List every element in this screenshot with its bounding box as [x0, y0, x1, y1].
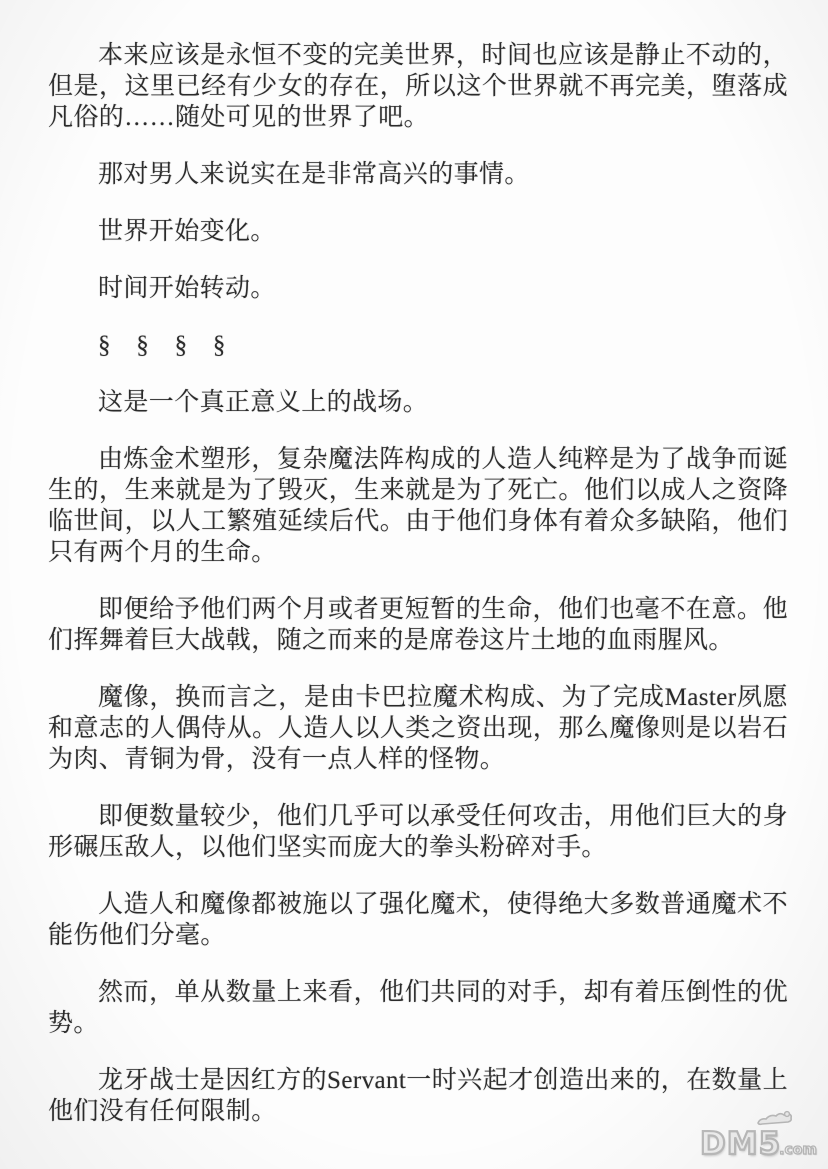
novel-text: 本来应该是永恒不变的完美世界，时间也应该是静止不动的，但是，这里已经有少女的存在… [48, 40, 788, 1153]
dm5-logo-text: DM5 [700, 1126, 781, 1162]
section-divider: § § § § [48, 330, 788, 361]
dm5-logo-suffix: .com [779, 1142, 817, 1158]
novel-page: 本来应该是永恒不变的完美世界，时间也应该是静止不动的，但是，这里已经有少女的存在… [0, 0, 828, 1169]
paragraph: 由炼金术塑形，复杂魔法阵构成的人造人纯粹是为了战争而诞生的，生来就是为了毁灭，生… [48, 444, 788, 568]
paragraph: 世界开始变化。 [48, 216, 788, 247]
paragraph: 这是一个真正意义上的战场。 [48, 387, 788, 418]
paragraph: 那对男人来说实在是非常高兴的事情。 [48, 159, 788, 190]
paragraph: 龙牙战士是因红方的Servant一时兴起才创造出来的，在数量上他们没有任何限制。 [48, 1065, 788, 1127]
paragraph: 魔像，换而言之，是由卡巴拉魔术构成、为了完成Master夙愿和意志的人偶侍从。人… [48, 682, 788, 775]
paragraph: 即便给予他们两个月或者更短暂的生命，他们也毫不在意。他们挥舞着巨大战戟，随之而来… [48, 594, 788, 656]
paragraph: 人造人和魔像都被施以了强化魔术，使得绝大多数普通魔术不能伤他们分毫。 [48, 889, 788, 951]
dm5-mascot-icon [756, 1110, 794, 1126]
paragraph: 然而，单从数量上来看，他们共同的对手，却有着压倒性的优势。 [48, 977, 788, 1039]
paragraph: 时间开始转动。 [48, 273, 788, 304]
dm5-watermark: DM5.com [700, 1116, 810, 1162]
dm5-logo: DM5.com [700, 1126, 817, 1162]
paragraph: 本来应该是永恒不变的完美世界，时间也应该是静止不动的，但是，这里已经有少女的存在… [48, 40, 788, 133]
paragraph: 即便数量较少，他们几乎可以承受任何攻击，用他们巨大的身形碾压敌人，以他们坚实而庞… [48, 801, 788, 863]
